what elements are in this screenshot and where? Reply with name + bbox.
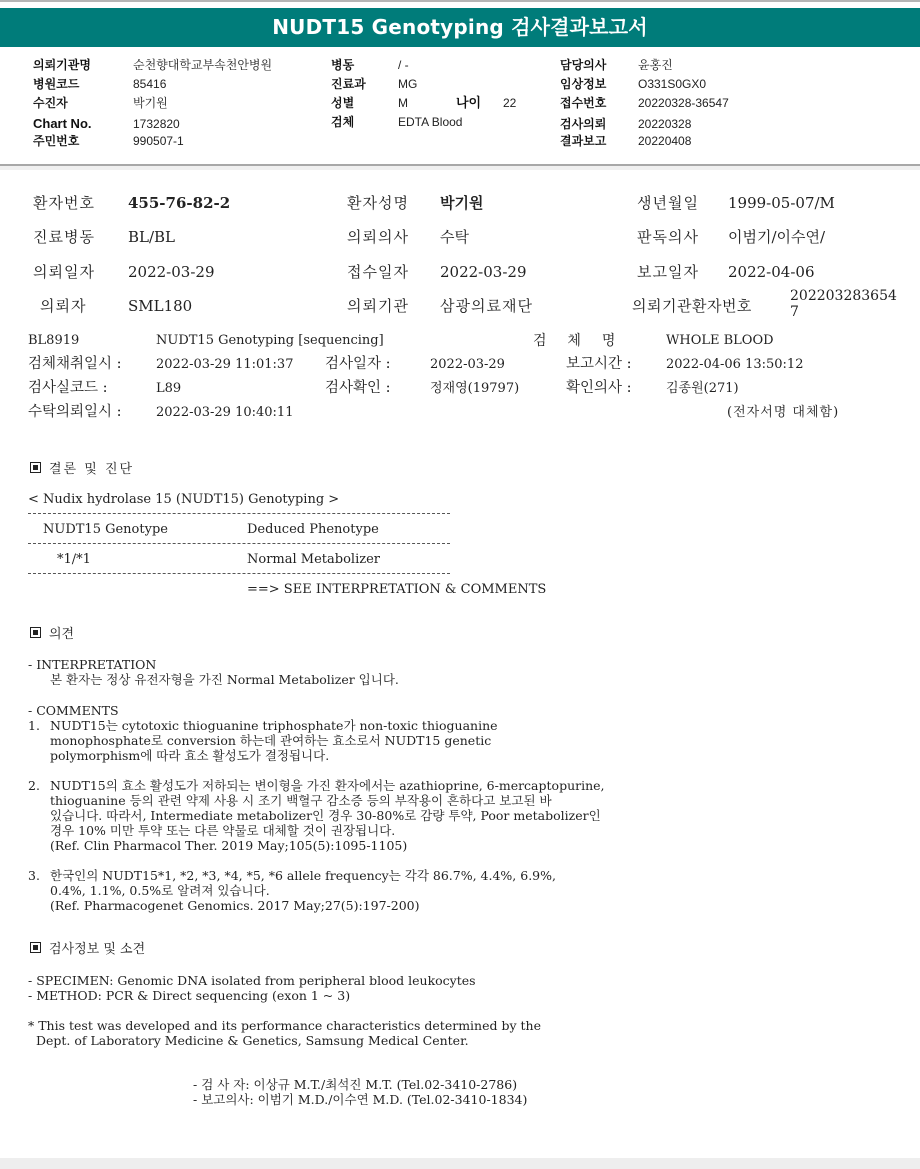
interpretation-text: 본 환자는 정상 유전자형을 가진 Normal Metabolizer 입니다… [50, 672, 399, 687]
lab-code: L89 [156, 381, 181, 397]
confirm-person: 정재영(19797) [430, 381, 519, 397]
header-value-age: 22 [503, 96, 516, 110]
value-institution-patient-no-cont: 7 [790, 305, 799, 320]
label-requesting-institution: 의뢰기관 [347, 297, 409, 315]
disclaimer-line-2: Dept. of Laboratory Medicine & Genetics,… [28, 1033, 469, 1048]
specimen-detail: - SPECIMEN: Genomic DNA isolated from pe… [28, 973, 476, 988]
header-label-age: 나이 [456, 96, 481, 111]
top-border [0, 0, 920, 2]
interpretation-label: - INTERPRETATION [28, 657, 156, 672]
label-request-date: 의뢰일자 [33, 263, 95, 281]
label-reading-doctor: 판독의사 [637, 228, 699, 246]
report-time-label: 보고시간 : [566, 356, 632, 372]
specimen-name: WHOLE BLOOD [666, 333, 774, 349]
consign-time-label: 수탁의뢰일시 : [28, 404, 122, 420]
header-field-institution: 의뢰기관명 [33, 58, 91, 72]
disclaimer-line-1: * This test was developed and its perfor… [28, 1018, 541, 1033]
test-date-label: 검사일자 : [325, 356, 391, 372]
value-referring-doctor: 수탁 [440, 228, 469, 246]
header-value-department: MG [398, 77, 417, 91]
comment-line: 한국인의 NUDT15*1, *2, *3, *4, *5, *6 allele… [50, 868, 556, 883]
comment-reference: (Ref. Clin Pharmacol Ther. 2019 May;105(… [50, 838, 407, 853]
header-label-test-request: 검사의뢰 [560, 117, 606, 131]
header-value-accession-no: 20220328-36547 [638, 96, 729, 110]
label-patient-name: 환자성명 [347, 194, 409, 212]
report-time: 2022-04-06 13:50:12 [666, 357, 803, 373]
header-value-chart-no: 1732820 [133, 117, 180, 131]
header-label-accession-no: 접수번호 [560, 96, 606, 110]
header-value-patient: 박기원 [133, 96, 168, 110]
confirm-label: 검사확인 : [325, 380, 391, 396]
result-genotype: *1/*1 [57, 552, 91, 568]
section-heading-test-details: 검사정보 및 소견 [49, 942, 145, 957]
method-detail: - METHOD: PCR & Direct sequencing (exon … [28, 988, 350, 1003]
specimen-label: 검 체 명 [533, 333, 619, 349]
comment-3-number: 3. [28, 868, 40, 883]
header-label-result-report: 결과보고 [560, 134, 606, 148]
header-label-patient: 수진자 [33, 96, 68, 110]
header-value-doctor: 윤홍진 [638, 58, 673, 72]
header-label-resident-no: 주민번호 [33, 134, 79, 148]
value-requester: SML180 [128, 297, 192, 315]
esign-note: (전자서명 대체함) [727, 405, 839, 421]
label-birth-date: 생년월일 [637, 194, 699, 212]
see-comments-note: ==> SEE INTERPRETATION & COMMENTS [247, 582, 546, 598]
reporter-signature: - 보고의사: 이범기 M.D./이수연 M.D. (Tel.02-3410-1… [193, 1092, 527, 1107]
comment-line: monophosphate로 conversion 하는데 관여하는 효소로서 … [50, 733, 491, 748]
section-heading-opinion: 의견 [49, 627, 74, 642]
divider-band [0, 166, 920, 170]
collect-time: 2022-03-29 11:01:37 [156, 357, 293, 373]
comment-line: NUDT15는 cytotoxic thioguanine triphospha… [50, 718, 498, 733]
test-code: BL8919 [28, 333, 79, 349]
header-label-chart-no: Chart No. [33, 116, 92, 131]
result-phenotype: Normal Metabolizer [247, 552, 380, 568]
test-name: NUDT15 Genotyping [sequencing] [156, 333, 384, 349]
comment-line: thioguanine 등의 관련 약제 사용 시 조기 백혈구 감소증 등의 … [50, 793, 552, 808]
report-title: NUDT15 Genotyping 검사결과보고서 [0, 8, 920, 47]
value-requesting-institution: 삼광의료재단 [440, 297, 533, 315]
label-referring-doctor: 의뢰의사 [347, 228, 409, 246]
header-value-clinical-info: O331S0GX0 [638, 77, 706, 91]
section-heading-conclusion: 결론 및 진단 [49, 462, 134, 477]
header-label-specimen: 검체 [331, 115, 354, 129]
table-dash-line [28, 573, 450, 574]
header-value-sex: M [398, 96, 408, 110]
comment-line: NUDT15의 효소 활성도가 저하되는 변이형을 가진 환자에서는 azath… [50, 778, 605, 793]
value-patient-no: 455-76-82-2 [128, 194, 230, 212]
value-request-date: 2022-03-29 [128, 263, 214, 281]
comments-label: - COMMENTS [28, 703, 119, 718]
table-header-genotype: NUDT15 Genotype [43, 522, 168, 538]
test-date: 2022-03-29 [430, 357, 505, 373]
tester-signature: - 검 사 자: 이상규 M.T./최석진 M.T. (Tel.02-3410-… [193, 1077, 517, 1092]
label-report-date: 보고일자 [637, 263, 699, 281]
label-receipt-date: 접수일자 [347, 263, 409, 281]
comment-1-number: 1. [28, 718, 40, 733]
header-value-specimen: EDTA Blood [398, 115, 462, 129]
header-label-sex: 성별 [331, 96, 354, 110]
table-dash-line [28, 543, 450, 544]
table-header-phenotype: Deduced Phenotype [247, 522, 379, 538]
section-square-icon [30, 627, 41, 638]
value-patient-name: 박기원 [440, 194, 483, 212]
header-value-result-report: 20220408 [638, 134, 691, 148]
consign-time: 2022-03-29 10:40:11 [156, 405, 293, 421]
value-ward: BL/BL [128, 228, 175, 246]
header-value-ward: / - [398, 58, 409, 72]
comment-line: 0.4%, 1.1%, 0.5%로 알려져 있습니다. [50, 883, 270, 898]
confirm-doctor-label: 확인의사 : [566, 380, 632, 396]
header-value-test-request: 20220328 [638, 117, 691, 131]
value-reading-doctor: 이범기/이수연/ [728, 228, 825, 246]
header-label-ward: 병동 [331, 58, 354, 72]
section-square-icon [30, 462, 41, 473]
comment-line: 경우 10% 미만 투약 또는 다른 약물로 대체할 것이 권장됩니다. [50, 823, 395, 838]
label-requester: 의뢰자 [40, 297, 86, 315]
table-dash-line [28, 513, 450, 514]
value-receipt-date: 2022-03-29 [440, 263, 526, 281]
header-value-resident-no: 990507-1 [133, 134, 184, 148]
header-label-hospital-code: 병원코드 [33, 77, 79, 91]
label-ward: 진료병동 [33, 228, 95, 246]
confirm-doctor: 김종원(271) [666, 381, 739, 397]
lab-code-label: 검사실코드 : [28, 380, 108, 396]
header-value-hospital-code: 85416 [133, 77, 166, 91]
value-report-date: 2022-04-06 [728, 263, 814, 281]
value-institution-patient-no: 202203283654 [790, 289, 897, 304]
header-label-doctor: 담당의사 [560, 58, 606, 72]
comment-line: 있습니다. 따라서, Intermediate metabolizer인 경우 … [50, 808, 601, 823]
comment-2-number: 2. [28, 778, 40, 793]
comment-line: polymorphism에 따라 효소 활성도가 결정됩니다. [50, 748, 329, 763]
header-label-department: 진료과 [331, 77, 366, 91]
value-birth-date: 1999-05-07/M [728, 194, 835, 212]
header-label-clinical-info: 임상정보 [560, 77, 606, 91]
header-value-institution: 순천향대학교부속천안병원 [133, 58, 272, 72]
conclusion-subtitle: < Nudix hydrolase 15 (NUDT15) Genotyping… [28, 492, 339, 508]
footer-band [0, 1158, 920, 1169]
label-patient-no: 환자번호 [33, 194, 95, 212]
collect-time-label: 검체채취일시 : [28, 356, 122, 372]
comment-reference: (Ref. Pharmacogenet Genomics. 2017 May;2… [50, 898, 420, 913]
label-institution-patient-no: 의뢰기관환자번호 [632, 297, 752, 315]
section-square-icon [30, 942, 41, 953]
